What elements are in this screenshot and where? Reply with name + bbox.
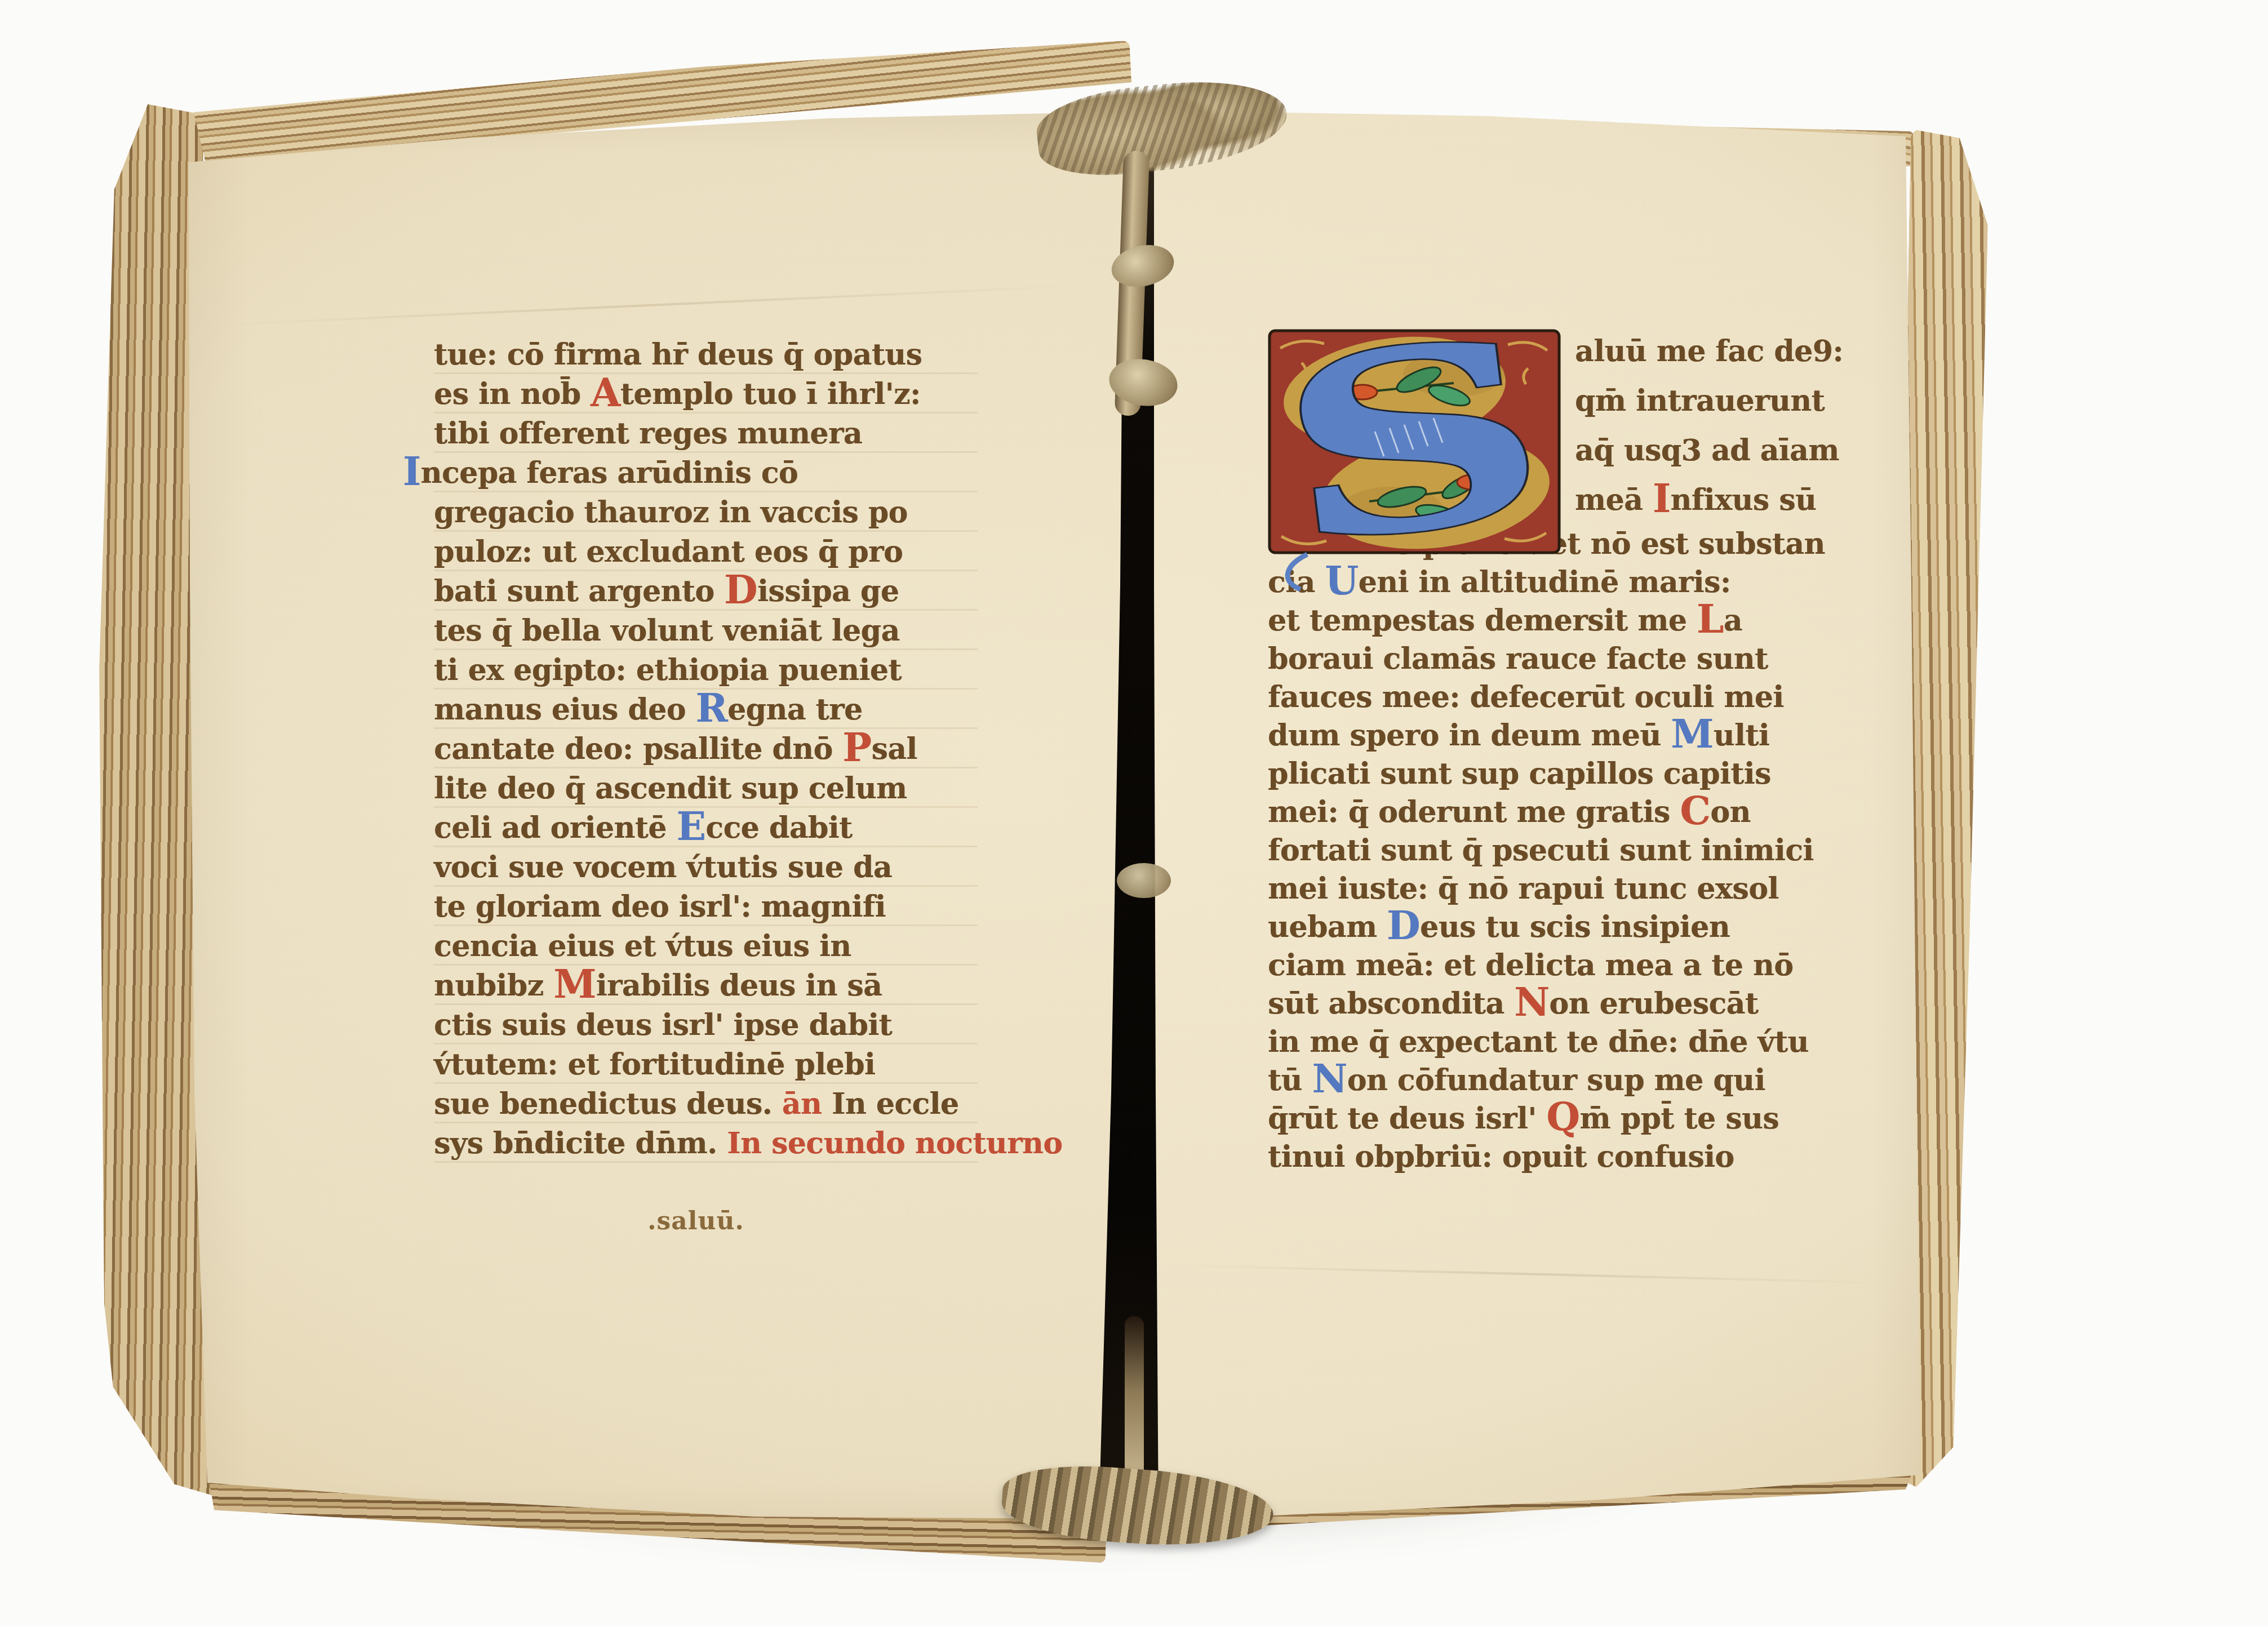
manuscript-line: ti ex egipto: ethiopia pueniet [434, 651, 978, 690]
manuscript-line: Incepa feras arūdinis cō [434, 454, 978, 493]
text-segment: ctis suis deus isrl' ipse dabit [434, 1008, 892, 1042]
text-segment: In eccle [822, 1087, 958, 1121]
text-segment: cantate deo: psallite dnō [434, 732, 842, 766]
manuscript-line: sys bn̄dicite dn̄m. In secundo nocturno [434, 1124, 978, 1163]
manuscript-line: boraui clamās rauce facte sunt [1268, 640, 1848, 678]
manuscript-line: aluū me fac de9: [1575, 327, 1848, 376]
text-segment: ti ex egipto: ethiopia pueniet [434, 653, 902, 687]
manuscript-line: puloz: ut excludant eos q̄ pro [434, 532, 978, 572]
text-segment: In secundo nocturno [727, 1126, 1062, 1161]
text-segment: aq̄ usq3 ad aīam [1575, 433, 1839, 468]
text-segment: lite deo q̄ ascendit sup celum [434, 771, 907, 806]
catchword: .saluū. [603, 1207, 789, 1235]
manuscript-photo: tue: cō firma hr̄ deus q̄ opatuses in no… [0, 0, 2268, 1627]
text-segment: eus tu scis insipien [1420, 910, 1730, 944]
versal-initial: A [591, 371, 620, 416]
manuscript-line: te gloriam deo isrl': magnifi [434, 887, 978, 927]
text-segment: sys bn̄dicite dn̄m. [434, 1126, 727, 1161]
text-segment: v́tutem: et fortitudinē plebi [434, 1047, 875, 1082]
versal-initial: R [695, 686, 727, 731]
manuscript-line: tū Non cōfundatur sup me qui [1268, 1061, 1848, 1100]
versal-initial: C [1680, 789, 1710, 834]
manuscript-line: aq̄ usq3 ad aīam [1575, 426, 1848, 475]
text-segment: mei: q̄ oderunt me gratis [1268, 795, 1680, 829]
initial-letter-group: S [1268, 329, 1561, 594]
versal-initial: N [1514, 980, 1549, 1025]
text-segment: tū [1268, 1063, 1312, 1097]
manuscript-line: celi ad orientē Ecce dabit [434, 808, 978, 848]
text-segment: issipa ge [757, 574, 899, 608]
manuscript-line: sue benedictus deus. ān In eccle [434, 1084, 978, 1124]
text-segment: nfixus sū [1671, 483, 1817, 517]
manuscript-line: uebam Deus tu scis insipien [1268, 908, 1848, 946]
text-segment: sue benedictus deus. [434, 1087, 782, 1121]
text-segment: tibi offerent reges munera [434, 416, 862, 451]
initial-letter: S [1268, 329, 1561, 594]
manuscript-line: tibi offerent reges munera [434, 414, 978, 454]
text-segment: on cōfundatur sup me qui [1347, 1063, 1765, 1097]
text-segment: a [1724, 603, 1742, 638]
text-segment: ncepa feras arūdinis cō [421, 456, 798, 490]
text-segment: templo tuo ī ihrl'z: [620, 377, 921, 411]
manuscript-line: bati sunt argento Dissipa ge [434, 572, 978, 611]
text-segment: ciam meā: et delicta mea a te nō [1268, 948, 1793, 983]
manuscript-line: plicati sunt sup capillos capitis [1268, 755, 1848, 793]
text-segment: cencia eius et v́tus eius in [434, 929, 851, 963]
text-segment: manus eius deo [434, 692, 695, 727]
text-segment: et tempestas demersit me [1268, 603, 1697, 638]
manuscript-line: tue: cō firma hr̄ deus q̄ opatus [434, 335, 978, 375]
manuscript-line: cencia eius et v́tus eius in [434, 927, 978, 966]
text-segment: plicati sunt sup capillos capitis [1268, 757, 1771, 791]
text-segment: te gloriam deo isrl': magnifi [434, 890, 886, 924]
open-book: tue: cō firma hr̄ deus q̄ opatuses in no… [79, 79, 2006, 1589]
text-segment: qm̄ intrauerunt [1575, 384, 1825, 418]
text-segment: fortati sunt q̄ psecuti sunt inimici [1268, 833, 1814, 868]
versal-initial: I [1653, 477, 1671, 522]
manuscript-line: q̄rūt te deus isrl' Qm̄ ppt̄ te sus [1268, 1100, 1848, 1138]
manuscript-line: mei iuste: q̄ nō rapui tunc exsol [1268, 870, 1848, 908]
text-segment: tinui obpbriū: opuit confusio [1268, 1140, 1734, 1174]
manuscript-line: tes q̄ bella volunt veniāt lega [434, 611, 978, 651]
text-segment: uebam [1268, 910, 1387, 944]
manuscript-line: fortati sunt q̄ psecuti sunt inimici [1268, 832, 1848, 870]
manuscript-line: dum spero in deum meū Multi [1268, 717, 1848, 755]
manuscript-line: sūt abscondita Non erubescāt [1268, 985, 1848, 1023]
manuscript-line: manus eius deo Regna tre [434, 690, 978, 730]
manuscript-line: mei: q̄ oderunt me gratis Con [1268, 793, 1848, 832]
manuscript-line: meā Infixus sū [1575, 475, 1848, 525]
text-segment: meā [1575, 483, 1653, 517]
versal-initial: D [724, 568, 757, 613]
text-segment: in me q̄ expectant te dn̄e: dn̄e v́tu [1268, 1025, 1809, 1059]
manuscript-line: qm̄ intrauerunt [1575, 376, 1848, 426]
versal-initial: D [1387, 904, 1420, 949]
text-segment: dum spero in deum meū [1268, 718, 1671, 753]
text-segment: cce dabit [705, 811, 852, 845]
versal-initial: P [842, 726, 871, 771]
text-segment: celi ad orientē [434, 811, 676, 845]
manuscript-line: tinui obpbriū: opuit confusio [1268, 1138, 1848, 1176]
text-segment: bati sunt argento [434, 574, 724, 608]
text-segment: aluū me fac de9: [1575, 334, 1843, 368]
versal-initial: M [553, 962, 596, 1007]
text-segment: fauces mee: defecerūt oculi mei [1268, 680, 1784, 714]
right-page-text-below-initial: in limo pfundi: et nō est substancia Uen… [1268, 525, 1848, 1176]
versal-initial: L [1697, 597, 1724, 642]
text-segment: on [1710, 795, 1751, 829]
manuscript-line: nubibz Mirabilis deus in sā [434, 966, 978, 1006]
manuscript-line: cantate deo: psallite dnō Psal [434, 730, 978, 769]
text-segment: on erubescāt [1549, 986, 1758, 1021]
text-segment: mei iuste: q̄ nō rapui tunc exsol [1268, 872, 1779, 906]
text-segment: gregacio thauroz in vaccis po [434, 495, 908, 530]
versal-initial: I [403, 450, 421, 495]
right-page-text: S aluū me fac de9:qm̄ intraueruntaq̄ usq… [1268, 327, 1848, 1176]
manuscript-line: ctis suis deus isrl' ipse dabit [434, 1006, 978, 1045]
versal-initial: M [1671, 712, 1713, 757]
text-segment: boraui clamās rauce facte sunt [1268, 642, 1768, 676]
text-segment: es in nob̄ [434, 377, 591, 411]
versal-initial: E [676, 804, 705, 850]
manuscript-line: es in nob̄ Atemplo tuo ī ihrl'z: [434, 375, 978, 414]
manuscript-line: in me q̄ expectant te dn̄e: dn̄e v́tu [1268, 1023, 1848, 1061]
left-page-text: tue: cō firma hr̄ deus q̄ opatuses in no… [434, 335, 978, 1163]
manuscript-line: v́tutem: et fortitudinē plebi [434, 1045, 978, 1084]
text-segment: egna tre [727, 692, 863, 727]
text-segment: irabilis deus in sā [596, 968, 882, 1003]
text-segment: sal [871, 732, 917, 766]
sewing-knot-middle [1117, 863, 1171, 898]
text-segment: tes q̄ bella volunt veniāt lega [434, 614, 900, 648]
text-segment: voci sue vocem v́tutis sue da [434, 850, 892, 884]
text-segment: sūt abscondita [1268, 986, 1514, 1021]
text-segment: tue: cō firma hr̄ deus q̄ opatus [434, 337, 922, 372]
text-segment: m̄ ppt̄ te sus [1580, 1101, 1779, 1136]
text-segment: nubibz [434, 968, 553, 1003]
right-page-text-beside-initial: aluū me fac de9:qm̄ intraueruntaq̄ usq3 … [1575, 327, 1848, 525]
manuscript-line: fauces mee: defecerūt oculi mei [1268, 678, 1848, 717]
versal-initial: Q [1546, 1095, 1579, 1140]
manuscript-line: lite deo q̄ ascendit sup celum [434, 769, 978, 808]
text-segment: q̄rūt te deus isrl' [1268, 1101, 1546, 1136]
sewing-thread-lower [1125, 1316, 1144, 1488]
manuscript-line: voci sue vocem v́tutis sue da [434, 848, 978, 887]
versal-initial: N [1312, 1057, 1347, 1102]
text-segment: puloz: ut excludant eos q̄ pro [434, 535, 903, 569]
manuscript-line: et tempestas demersit me La [1268, 602, 1848, 640]
manuscript-line: ciam meā: et delicta mea a te nō [1268, 946, 1848, 985]
text-segment: ān [782, 1087, 822, 1121]
text-segment: ulti [1714, 718, 1769, 753]
manuscript-line: gregacio thauroz in vaccis po [434, 493, 978, 532]
illuminated-initial: S [1268, 329, 1561, 594]
